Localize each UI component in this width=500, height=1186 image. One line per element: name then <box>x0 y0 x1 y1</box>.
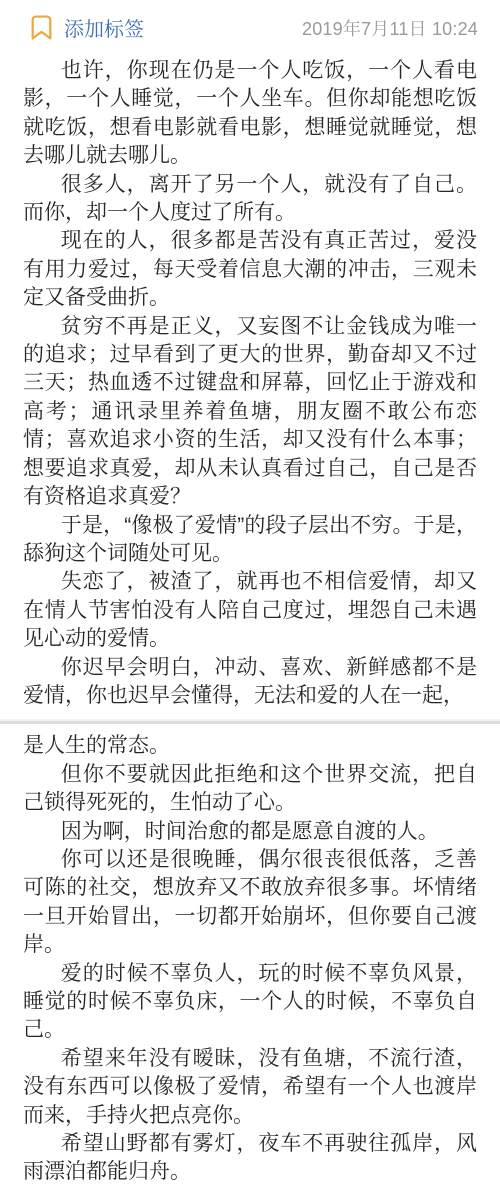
add-tag-button[interactable]: 添加标签 <box>30 13 144 42</box>
notes-app-screen: 添加标签 2019年7月11日 10:24 也许，你现在仍是一个人吃饭，一个人看… <box>0 0 500 1186</box>
paragraph: 因为啊，时间治愈的都是愿意自渡的人。 <box>23 818 477 846</box>
paragraph: 也许，你现在仍是一个人吃饭，一个人看电影，一个人睡觉，一个人坐车。但你却能想吃饭… <box>23 57 477 171</box>
paragraph: 贫穷不再是正义，又妄图不让金钱成为唯一的追求；过早看到了更大的世界，勤奋却又不过… <box>23 313 477 512</box>
paragraph: 希望来年没有暧昧，没有鱼塘，不流行渣，没有东西可以像极了爱情，希望有一个人也渡岸… <box>23 1045 477 1130</box>
paragraph: 爱的时候不辜负人，玩的时候不辜负风景，睡觉的时候不辜负床，一个人的时候，不辜负自… <box>23 960 477 1045</box>
paragraph: 你可以还是很晚睡，偶尔很丧很低落，乏善可陈的社交，想放弃又不敢放弃很多事。坏情绪… <box>23 846 477 960</box>
note-timestamp: 2019年7月11日 10:24 <box>302 15 478 41</box>
paragraph: 现在的人，很多都是苦没有真正苦过，爱没有用力爱过，每天受着信息大潮的冲击，三观未… <box>23 227 477 312</box>
paragraph: 但你不要就因此拒绝和这个世界交流，把自己锁得死死的，生怕动了心。 <box>23 761 477 818</box>
paragraph: 希望山野都有雾灯，夜车不再驶往孤岸，风雨漂泊都能归舟。 <box>23 1130 477 1186</box>
paragraph: 你迟早会明白，冲动、喜欢、新鲜感都不是爱情，你也迟早会懂得，无法和爱的人在一起， <box>23 654 477 711</box>
bookmark-icon <box>30 14 53 41</box>
add-tag-label: 添加标签 <box>64 13 144 42</box>
paragraph: 很多人，离开了另一个人，就没有了自己。而你，却一个人度过了所有。 <box>23 171 477 228</box>
paragraph: 于是，“像极了爱情”的段子层出不穷。于是，舔狗这个词随处可见。 <box>23 512 477 569</box>
note-header: 添加标签 2019年7月11日 10:24 <box>0 0 500 48</box>
screenshot-stitch-divider <box>0 719 500 724</box>
note-body: 也许，你现在仍是一个人吃饭，一个人看电影，一个人睡觉，一个人坐车。但你却能想吃饭… <box>0 48 500 1186</box>
paragraph: 是人生的常态。 <box>23 732 477 760</box>
paragraph: 失恋了，被渣了，就再也不相信爱情，却又在情人节害怕没有人陪自己度过，埋怨自己未遇… <box>23 568 477 653</box>
